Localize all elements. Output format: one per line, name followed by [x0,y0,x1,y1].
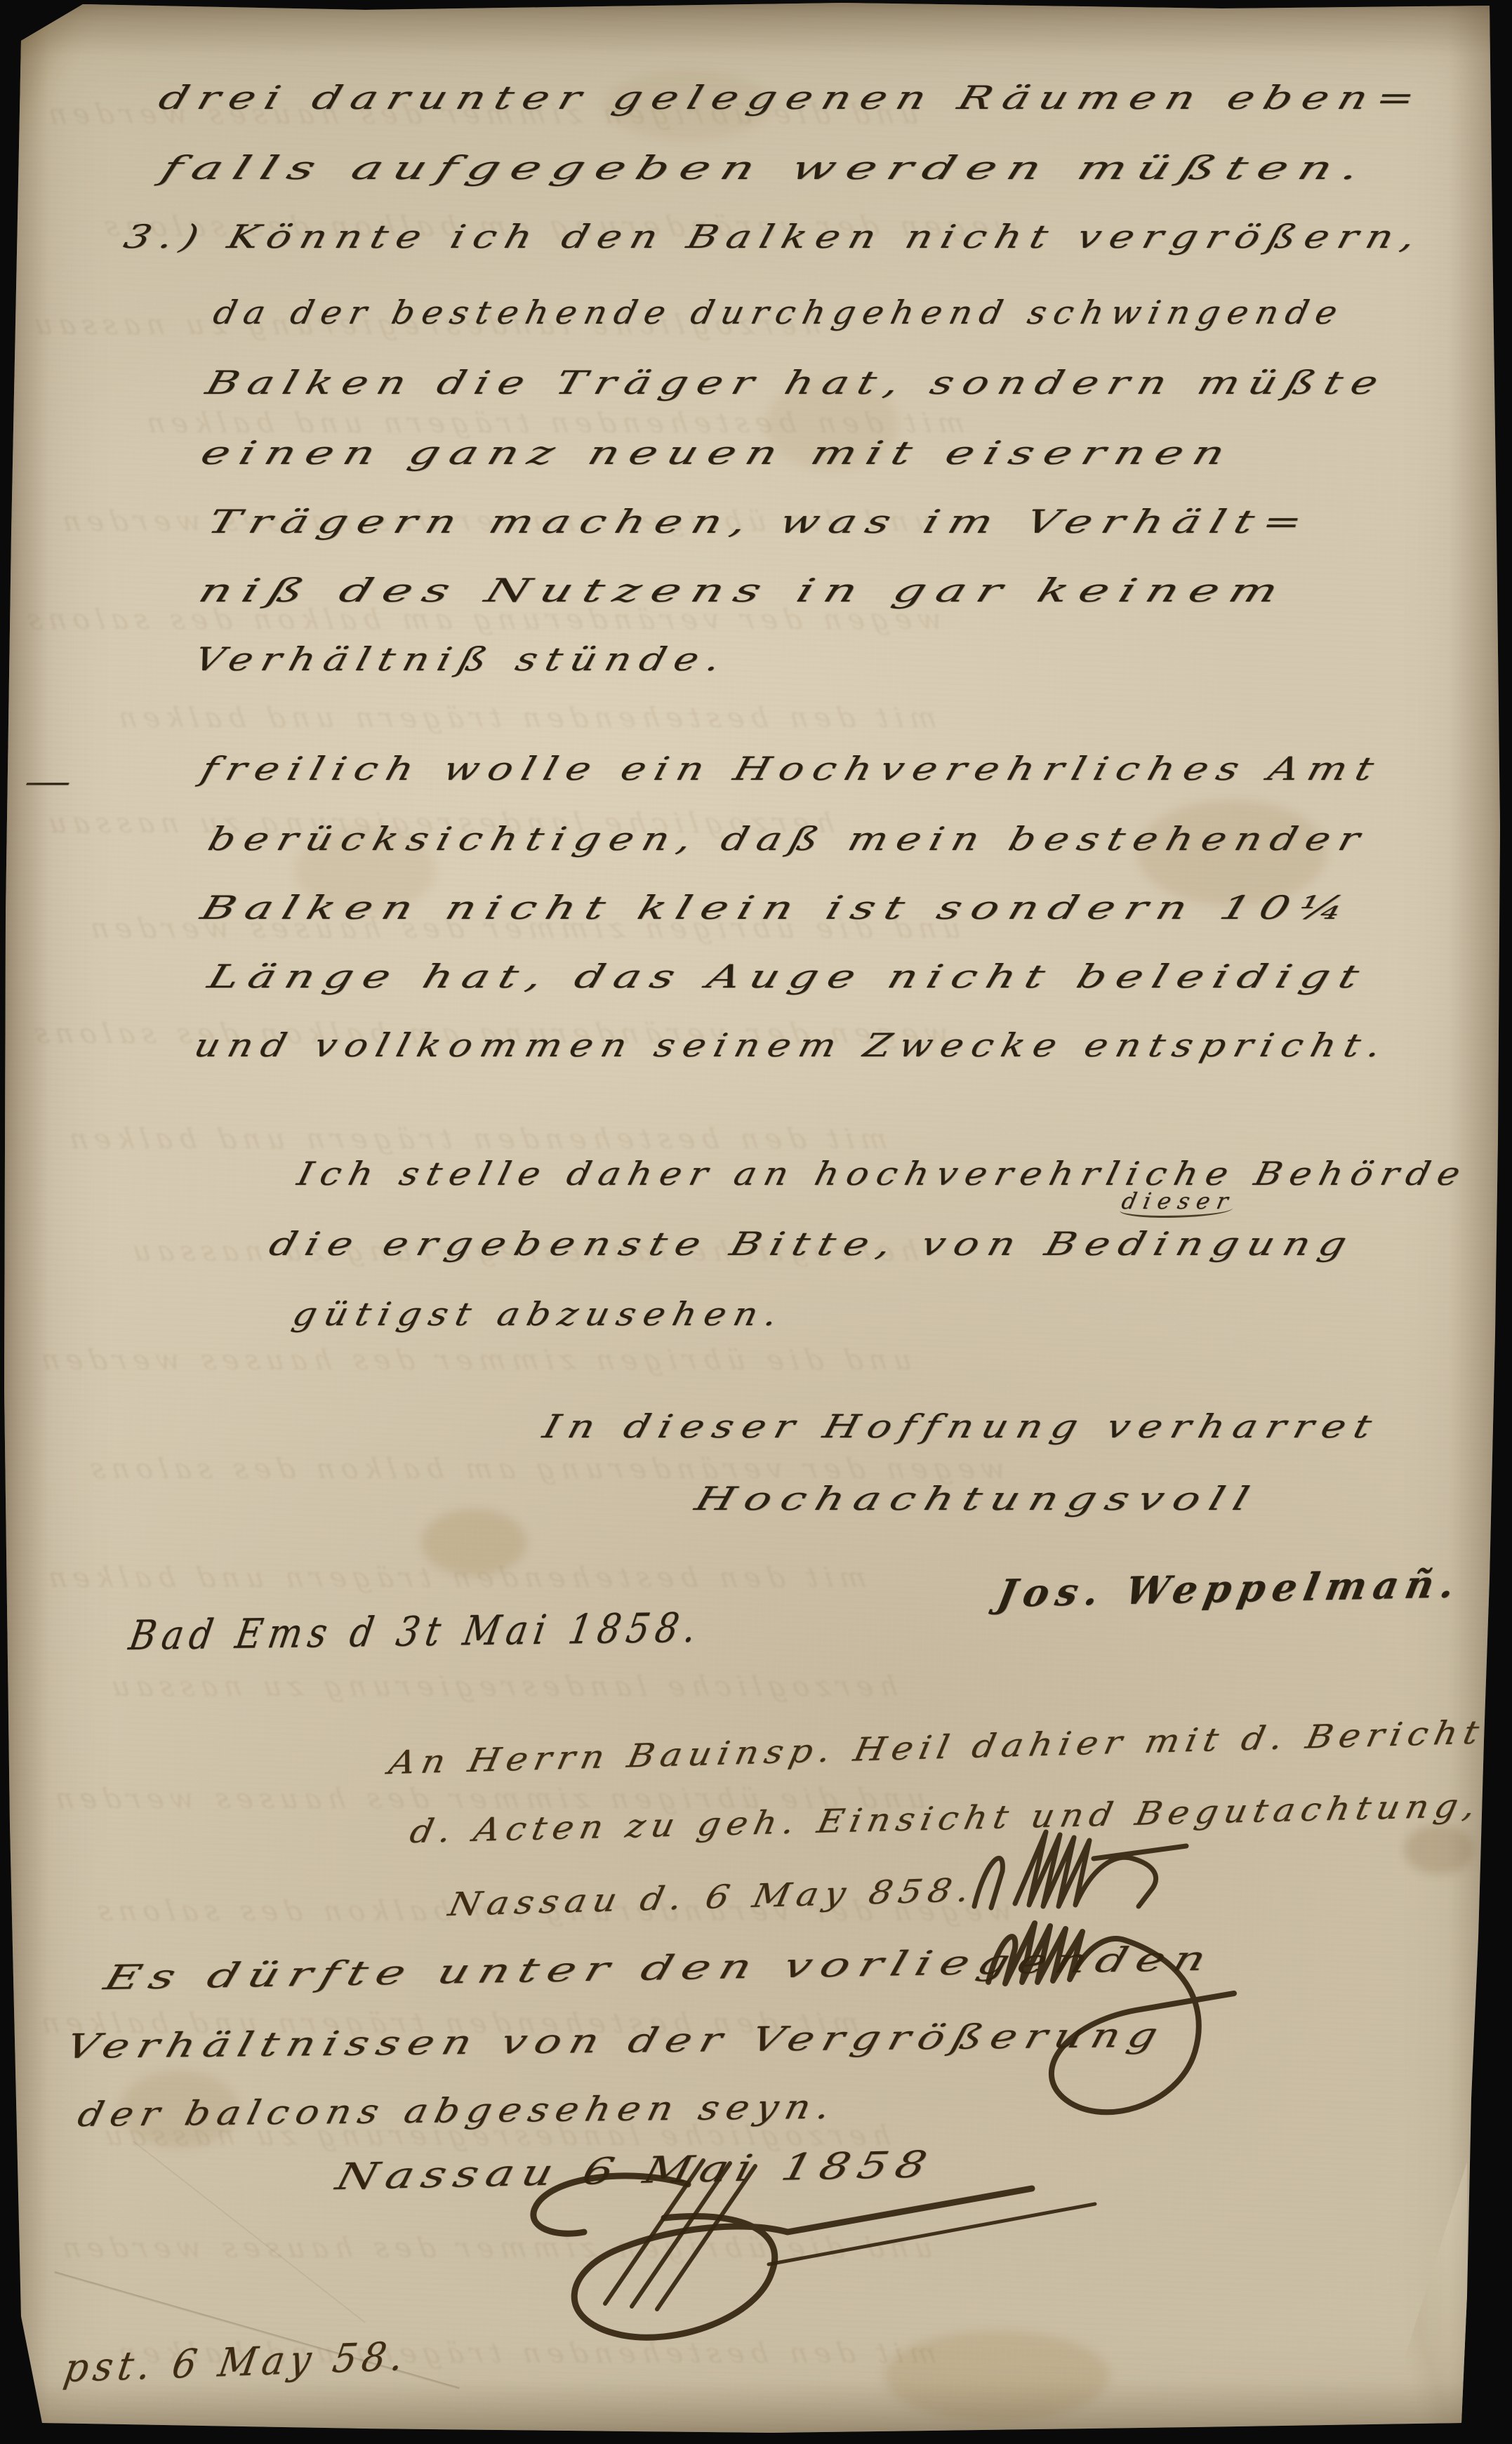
official-signature-scrawl [988,1923,1234,2112]
registry-date-line: Nassau d. 6 May 858. [445,1871,979,1923]
inserted-word: dieser [1118,1188,1237,1218]
place-date-line: Bad Ems d 3t Mai 1858. [126,1604,706,1660]
decision-date-line: Nassau 6 Mai 1858 [331,2144,939,2198]
decision-paraph [574,2189,1032,2337]
manuscript-line: da der bestehende durchgehend schwingend… [210,293,1348,331]
bleedthrough-line: mit den bestehenden trägern und balken [110,2337,939,2370]
stain [604,70,772,140]
manuscript-line: drei darunter gelegenen Räumen eben= [154,79,1429,117]
stain [119,2071,239,2148]
decision-paraph [533,2176,688,2233]
bleedthrough-line: wegen der veränderung am balkon des salo… [18,604,944,636]
manuscript-line: und vollkommen seinem Zwecke entspricht. [190,1026,1393,1064]
manuscript-line: der balcons abgesehen seyn. [74,2087,841,2134]
crease-line [133,2141,366,2323]
bleedthrough-line: herzogliche landesregierung zu nassau [39,807,837,839]
bleedthrough-line: mit den bestehenden trägern und balken [110,702,939,734]
official-signature-scrawl [974,1832,1186,1908]
manuscript-line: d. Acten zu geh. Einsicht und Begutachtu… [406,1786,1485,1851]
bleedthrough-line: und die übrigen zimmer des hauses werden [53,2232,935,2264]
bleedthrough-line: wegen der veränderung am balkon des salo… [25,1018,951,1050]
decision-paraph [605,2160,755,2309]
bleedthrough-line: mit den bestehenden trägern und balken [138,407,967,439]
manuscript-line: Balken nicht klein ist sondern 10¼ [197,889,1360,927]
bleedthrough-line: und die übrigen zimmer des hauses werden [46,1783,928,1815]
letter-page: und die übrigen zimmer des hauses werden… [0,0,1512,2444]
manuscript-line: niß des Nutzens in gar keinem [194,571,1294,609]
manuscript-line: 3.) Könnte ich den Balken nicht vergröße… [120,218,1429,255]
manuscript-line: gütigst abzusehen. [289,1295,790,1333]
bleedthrough-line: wegen der veränderung am balkon des salo… [81,1453,1007,1485]
bleedthrough-line: und die übrigen zimmer des hauses werden [32,1344,914,1376]
bleedthrough-line: und die übrigen zimmer des hauses werden [39,98,921,131]
manuscript-line: Ich stelle daher an hochverehrliche Behö… [294,1155,1472,1193]
scan-vignette [0,0,1512,2444]
bleedthrough-line: und die übrigen zimmer des hauses werden [53,505,935,538]
received-note: pst. 6 May 58. [61,2334,412,2392]
manuscript-line: Hochachtungsvoll [691,1480,1264,1517]
margin-dash: — [20,762,87,800]
manuscript-line: Balken die Träger hat, sondern müßte [201,364,1392,401]
manuscript-line: Es dürfte unter den vorliegenden [100,1939,1220,1998]
manuscript-line: berücksichtigen, daß mein bestehender [204,820,1373,858]
stain [295,828,435,912]
stain [765,379,898,470]
paper-texture [0,0,1512,2444]
scanned-document: und die übrigen zimmer des hauses werden… [0,0,1512,2444]
crease-line [54,2271,460,2389]
bleedthrough-line: wegen der veränderung am balkon des salo… [88,1895,1014,1927]
manuscript-line: falls aufgegeben werden müßten. [157,149,1377,187]
signature-flourishes [0,0,1512,2444]
manuscript-line: An Herrn Bauinsp. Heil dahier mit d. Ber… [385,1713,1488,1781]
bleedthrough-line: herzogliche landesregierung zu nassau [124,1235,921,1268]
bleedthrough-line: wegen der veränderung am balkon des salo… [95,211,1021,243]
manuscript-line: einen ganz neuen mit eisernen [197,434,1240,472]
decision-paraph [769,2204,1095,2264]
manuscript-line: freilich wolle ein Hochverehrliches Amt [197,750,1387,788]
stain [421,1509,526,1576]
bleedthrough-line: mit den bestehenden trägern und balken [60,1123,889,1155]
stain [1404,1825,1474,1874]
page-corner-fold [11,0,131,175]
bleedthrough-line: und die übrigen zimmer des hauses werden [81,912,963,945]
bleedthrough-line: herzogliche landesregierung zu nassau [25,309,823,341]
bleedthrough-line: mit den bestehenden trägern und balken [39,1562,868,1594]
bleedthrough-line: herzogliche landesregierung zu nassau [95,2120,893,2152]
manuscript-line: Verhältniß stünde. [190,640,734,678]
stain [1137,800,1327,905]
bleedthrough-line: herzogliche landesregierung zu nassau [102,1671,900,1703]
bleedthrough-line: mit den bestehenden trägern und balken [32,2007,861,2040]
page-corner-fold [1377,2148,1469,2429]
stain [884,2330,1109,2422]
manuscript-line: Trägern machen, was im Verhält= [204,503,1317,540]
manuscript-line: In dieser Hoffnung verharret [539,1407,1384,1445]
manuscript-line: Länge hat, das Auge nicht beleidigt [204,957,1373,995]
manuscript-line: die ergebenste Bitte, von Bedingung [265,1225,1360,1263]
manuscript-line: Verhältnissen von der Vergrößerung [61,2016,1169,2067]
sender-signature: Jos. Weppelmañ. [994,1561,1466,1616]
